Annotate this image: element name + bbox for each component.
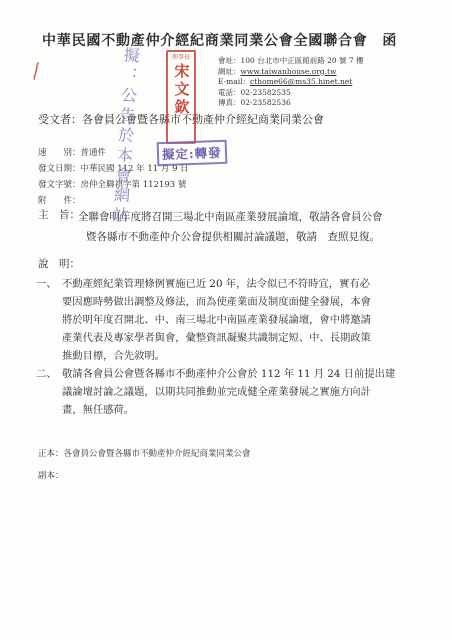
explanation-line: 要因應時勢做出調整及修法，而為使產業面及制度面健全發展，本會 <box>62 293 420 311</box>
explanation-line: 畫，無任感荷。 <box>62 401 420 419</box>
cc-copy-label: 副本： <box>38 471 64 481</box>
meta-priority-value: 普通件 <box>81 148 107 158</box>
contact-email-value: cthome66@ms35.hinet.net <box>250 77 352 86</box>
contact-website-label: 網址： <box>218 67 241 76</box>
recipient-value: 各會員公會暨各縣市不動產仲介經紀商業同業公會 <box>82 113 324 126</box>
original-copy-line: 正本：各會員公會暨各縣市不動產仲介經紀商業同業公會 <box>38 443 251 465</box>
explanation-item2-marker: 二、 <box>36 365 57 380</box>
recipient-label: 受文者： <box>38 113 82 126</box>
cc-copy-line: 副本： <box>38 465 251 487</box>
letterhead-title: 中華民國不動產仲介經紀商業同業公會全國聯合會 函 <box>42 30 397 50</box>
original-copy-value: 各會員公會暨各縣市不動產仲介經紀商業同業公會 <box>64 449 251 459</box>
contact-phone-label: 電話： <box>218 88 241 97</box>
contact-block: 會址：100 台北市中正區館前路 20 號 7 樓 網址：www.taiwanh… <box>218 56 364 109</box>
contact-email-label: E-mail： <box>218 77 250 86</box>
meta-attachment-label: 附 件： <box>38 196 81 206</box>
contact-website-url: www.taiwanhouse.org.tw <box>241 67 337 76</box>
original-copy-label: 正本： <box>38 449 64 459</box>
meta-priority-label: 速 別： <box>38 148 81 158</box>
contact-fax-label: 傳真： <box>218 98 241 107</box>
chairman-seal-title: 理事長 <box>170 54 192 61</box>
copies-block: 正本：各會員公會暨各縣市不動產仲介經紀商業同業公會 副本： <box>38 443 251 487</box>
explanation-label: 說 明： <box>38 256 80 271</box>
official-letter-page: 中華民國不動產仲介經紀商業同業公會全國聯合會 函 會址：100 台北市中正區館前… <box>0 0 452 640</box>
explanation-line: 不動產經紀業管理條例實施已近 20 年，法令似已不符時宜，實有必 <box>62 275 420 293</box>
explanation-line: 推動目標，合先敘明。 <box>62 347 420 365</box>
contact-address-label: 會址： <box>218 56 241 65</box>
subject-line: 暨各縣市不動產仲介公會提供相關討論議題，敬請 查照見復。 <box>78 227 428 247</box>
contact-address-value: 100 台北市中正區館前路 20 號 7 樓 <box>241 56 364 65</box>
chairman-seal-name: 宋文欽 <box>174 63 189 117</box>
contact-phone-value: 02-23582535 <box>241 88 291 97</box>
subject-text: 全聯會明年度將召開三場北中南區產業發展論壇，敬請各會員公會 暨各縣市不動產仲介公… <box>78 207 428 247</box>
explanation-item2-text: 敬請各會員公會暨各縣市不動產仲介公會於 112 年 11 月 24 日前提出建 … <box>62 365 420 419</box>
red-pen-mark-icon <box>31 62 43 80</box>
subject-label: 主 旨： <box>38 207 80 222</box>
contact-address: 會址：100 台北市中正區館前路 20 號 7 樓 <box>218 56 364 67</box>
explanation-line: 產業代表及專家學者與會，彙整資訊凝聚共識制定短、中、長期政策 <box>62 329 420 347</box>
explanation-item1-text: 不動產經紀業管理條例實施已近 20 年，法令似已不符時宜，實有必 要因應時勢做出… <box>62 275 420 365</box>
meta-ref-number-label: 發文字號： <box>38 180 81 190</box>
contact-phone: 電話：02-23582535 <box>218 88 364 99</box>
explanation-item1-marker: 一、 <box>36 275 57 290</box>
contact-fax-value: 02-23582536 <box>241 98 291 107</box>
explanation-line: 議論壇討論之議題，以期共同推動並完成健全產業發展之實施方向計 <box>62 383 420 401</box>
subject-line: 全聯會明年度將召開三場北中南區產業發展論壇，敬請各會員公會 <box>78 207 428 227</box>
explanation-line: 將於明年度召開北、中、南三場北中南區產業發展論壇，會中將邀請 <box>62 311 420 329</box>
decision-stamp: 擬定:轉發 <box>157 140 227 166</box>
contact-email: E-mail：cthome66@ms35.hinet.net <box>218 77 364 88</box>
contact-website: 網址：www.taiwanhouse.org.tw <box>218 67 364 78</box>
chairman-name-seal: 理事長 宋文欽 <box>166 50 196 144</box>
meta-date-label: 發文日期： <box>38 164 81 174</box>
meta-ref-number: 發文字號：房仲全聯祺字第 112193 號 <box>38 177 189 193</box>
meta-ref-number-value: 房仲全聯祺字第 112193 號 <box>81 180 187 190</box>
explanation-line: 敬請各會員公會暨各縣市不動產仲介公會於 112 年 11 月 24 日前提出建 <box>62 365 420 383</box>
contact-fax: 傳真：02-23582536 <box>218 98 364 109</box>
